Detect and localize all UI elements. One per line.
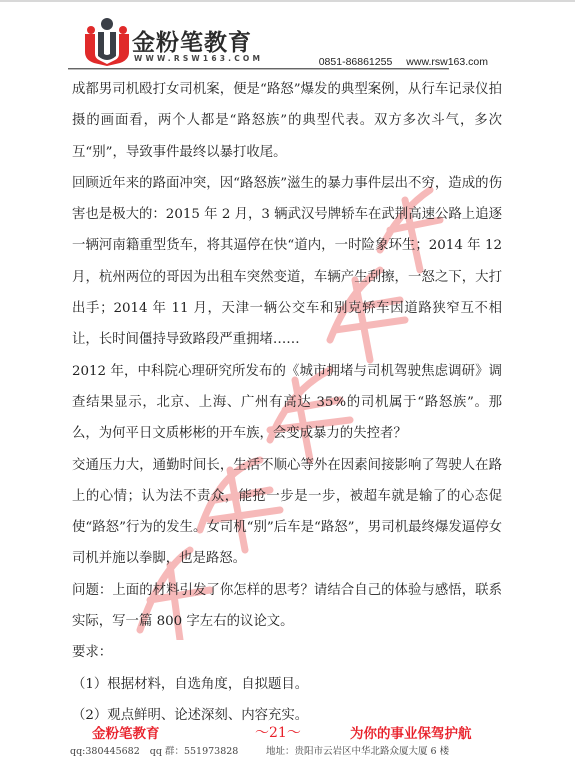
paragraph: 交通压力大，通勤时间长，生活不顺心等外在因素间接影响了驾驶人在路上的心情；认为法… <box>72 450 502 575</box>
footer-slogan: 为你的事业保驾护航 <box>350 722 472 742</box>
document-body: 成都男司机殴打女司机案，便是“路怒”爆发的典型案例，从行车记录仪拍摄的画面看，两… <box>72 74 502 731</box>
question-paragraph: 问题：上面的材料引发了你怎样的思考？请结合自己的体验与感悟，联系实际，写一篇 8… <box>72 575 502 638</box>
paragraph: 回顾近年来的路面冲突，因“路怒族”滋生的暴力事件层出不穷，造成的伤害也是极大的：… <box>72 168 502 356</box>
header-divider-shadow <box>68 69 449 70</box>
paragraph: 成都男司机殴打女司机案，便是“路怒”爆发的典型案例，从行车记录仪拍摄的画面看，两… <box>72 74 502 168</box>
footer-brand: 金粉笔教育 <box>92 722 160 742</box>
paragraph: 2012 年，中科院心理研究所发布的《城市拥堵与司机驾驶焦虑调研》调查结果显示，… <box>72 356 502 450</box>
top-border <box>0 0 575 2</box>
header-contact: 0851-86861255www.rsw163.com <box>319 56 488 68</box>
header-website: www.rsw163.com <box>406 56 488 68</box>
footer-address: 地址：贵阳市云岩区中华北路众厦大厦 6 楼 <box>266 743 449 757</box>
page-header: 金粉笔教育 WWW.RSW163.COM 0851-86861255www.rs… <box>70 12 502 70</box>
footer-qq: qq:380445682 <box>70 746 140 757</box>
brand-logo-icon <box>82 16 132 66</box>
requirement-item: （1）根据材料，自选角度，自拟题目。 <box>72 669 502 700</box>
footer-qq-group: qq 群：551973828 <box>150 746 239 757</box>
header-phone: 0851-86861255 <box>319 56 393 68</box>
brand-name: 金粉笔教育 <box>132 24 252 57</box>
requirements-heading: 要求： <box>72 637 502 668</box>
footer-qq-info: qq:380445682qq 群：551973828 <box>70 743 238 757</box>
page-number: ～21～ <box>255 722 301 742</box>
brand-url: WWW.RSW163.COM <box>134 54 263 63</box>
